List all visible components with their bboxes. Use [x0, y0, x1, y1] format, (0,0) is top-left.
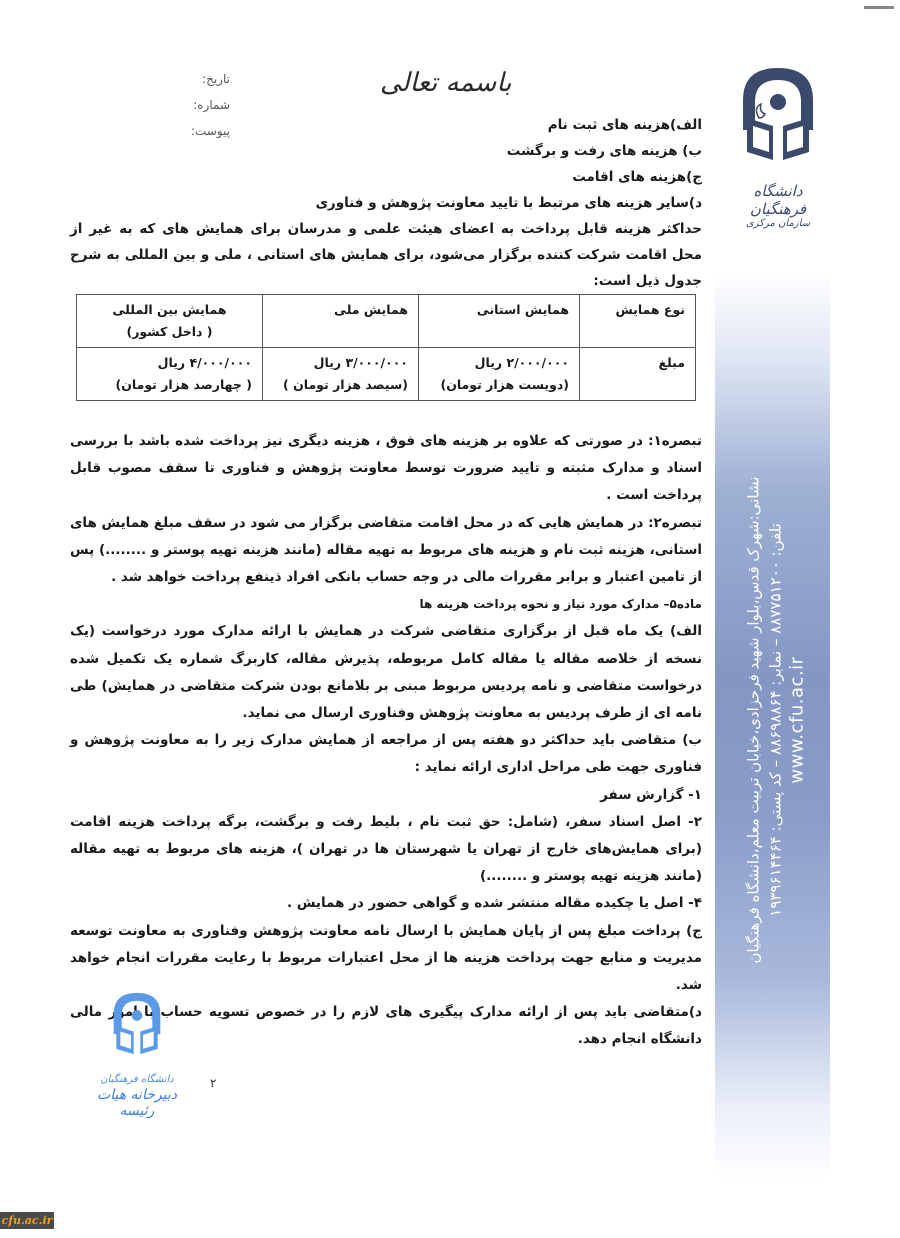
list-item: ب) هزینه های رفت و برگشت — [70, 138, 702, 164]
document-list-item: ۴- اصل یا چکیده مقاله منتشر شده و گواهی … — [70, 890, 702, 917]
site-watermark: cfu.ac.ir — [0, 1212, 54, 1229]
stamp-emblem-icon — [107, 985, 167, 1070]
header-cell-international: همایش بین المللی ( داخل کشور) — [77, 295, 263, 348]
table-header-row: نوع همایش همایش استانی همایش ملی همایش ب… — [77, 295, 696, 348]
stamp-line-1: دانشگاه فرهنگیان — [82, 1074, 192, 1085]
cost-items-section: الف)هزینه های ثبت نام ب) هزینه های رفت و… — [70, 112, 702, 294]
note-1: تبصره۱: در صورتی که علاوه بر هزینه های ف… — [70, 428, 702, 510]
amount-cell-international: ۴/۰۰۰/۰۰۰ ریال ( چهارصد هزار تومان) — [77, 348, 263, 401]
website-link[interactable]: www.cfu.ac.ir — [786, 477, 808, 964]
university-logo: دانشگاه فرهنگیان سازمان مرکزی — [728, 60, 828, 240]
document-list-item: ۱- گزارش سفر — [70, 782, 702, 809]
amount-cell-provincial: ۲/۰۰۰/۰۰۰ ریال (دویست هزار تومان) — [419, 348, 580, 401]
logo-name: دانشگاه فرهنگیان — [728, 182, 828, 218]
stamp-line-2: دبیرخانه هیات رئیسه — [82, 1087, 192, 1119]
scan-edge-mark — [864, 6, 894, 9]
list-item: الف)هزینه های ثبت نام — [70, 112, 702, 138]
basmala-heading: باسمه تعالی — [380, 68, 511, 98]
article-5-clause-b: ب) متقاضی باید حداکثر دو هفته پس از مراج… — [70, 727, 702, 781]
page-number: ۲ — [210, 1076, 216, 1090]
header-cell-provincial: همایش استانی — [419, 295, 580, 348]
article-5-heading: ماده۵– مدارک مورد نیاز و نحوه پرداخت هزی… — [70, 591, 702, 618]
list-item: ج)هزینه های اقامت — [70, 164, 702, 190]
intro-paragraph: حداکثر هزینه قابل پرداخت به اعضای هیئت ع… — [70, 216, 702, 294]
contact-line: تلفن: ۸۸۷۷۵۱۲۰۰ – نمابر: ۸۸۶۹۸۸۶۴ – کد پ… — [764, 477, 786, 964]
regulations-body: تبصره۱: در صورتی که علاوه بر هزینه های ف… — [70, 428, 702, 1054]
note-2: تبصره۲: در همایش هایی که در محل اقامت مت… — [70, 510, 702, 592]
list-item: د)سایر هزینه های مرتبط با تایید معاونت پ… — [70, 190, 702, 216]
conference-cost-table: نوع همایش همایش استانی همایش ملی همایش ب… — [76, 294, 696, 401]
table-row: مبلغ ۲/۰۰۰/۰۰۰ ریال (دویست هزار تومان) ۳… — [77, 348, 696, 401]
amount-cell-national: ۳/۰۰۰/۰۰۰ ریال (سیصد هزار تومان ) — [263, 348, 419, 401]
address-line: نشانی:شهرک قدس،بلوار شهید فرحزادی،خیابان… — [742, 477, 764, 964]
letterhead-address-block: نشانی:شهرک قدس،بلوار شهید فرحزادی،خیابان… — [730, 440, 820, 1000]
header-cell-national: همایش ملی — [263, 295, 419, 348]
farhangian-emblem-icon — [733, 60, 823, 180]
header-cell-type: نوع همایش — [580, 295, 696, 348]
article-5-clause-a: الف) یک ماه قبل از برگزاری متقاضی شرکت د… — [70, 618, 702, 727]
date-label: تاریخ: — [170, 66, 230, 92]
row-label-amount: مبلغ — [580, 348, 696, 401]
secretariat-stamp: دانشگاه فرهنگیان دبیرخانه هیات رئیسه — [82, 985, 192, 1125]
logo-subtitle: سازمان مرکزی — [728, 218, 828, 229]
document-list-item: ۲- اصل اسناد سفر، (شامل: حق ثبت نام ، بل… — [70, 809, 702, 891]
